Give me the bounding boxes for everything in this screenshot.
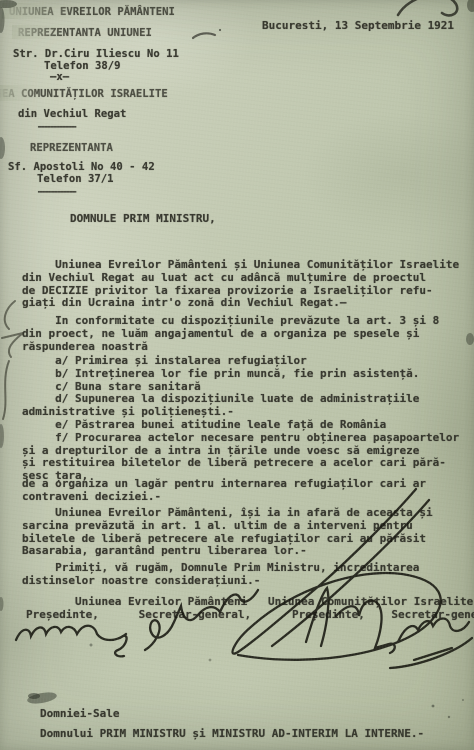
list-item-b: b/ Intreținerea lor fie prin muncă, fie … — [22, 368, 459, 381]
letterhead-separator: —x— — [50, 71, 69, 84]
left-margin-pencil-marks-icon — [2, 301, 23, 419]
addressee-line-2: Domnului PRIM MINISTRU și MINISTRU AD-IN… — [40, 728, 424, 741]
paragraph-2: In conformitate cu dispozițiunile prevăz… — [22, 315, 439, 353]
letterhead-rule-2: —————— — [38, 186, 76, 199]
list-item-a: a/ Primirea și instalarea refugiaților — [22, 355, 459, 368]
signature-org-left: Uniunea Evreilor Pământeni — [75, 596, 247, 609]
paragraph-5: Primiți, vă rugăm, Domnule Prim Ministru… — [22, 562, 419, 588]
signature-roles-right: Președinte, Secretar-general — [292, 609, 474, 622]
salutation: DOMNULE PRIM MINISTRU, — [70, 213, 216, 226]
letterhead-org2-phone: Telefon 37/1 — [37, 173, 114, 186]
paragraph-1: Uniunea Evreilor Pământeni și Uniunea Co… — [22, 259, 459, 310]
letterhead-org1-name: UNIUNEA EVREILOR PĂMÂNTENI — [9, 6, 175, 19]
list-item-f: f/ Procurarea actelor necesare pentru ob… — [22, 432, 459, 483]
letterhead-rule-1: —————— — [38, 121, 76, 134]
letterhead-org2-region: din Vechiul Regat — [18, 108, 126, 121]
signature-roles-left: Președinte, Secretar-general, — [26, 609, 251, 622]
addressee-line-1: Domniei-Sale — [40, 708, 119, 721]
list-item-d: d/ Supunerea la dispozițiunile luate de … — [22, 393, 459, 419]
pencil-tick-near-date-icon — [193, 29, 221, 38]
letterhead-org2-dept: REPREZENTANTA — [30, 142, 113, 155]
letterhead-org2-street: Sf. Apostoli No 40 - 42 — [8, 161, 155, 174]
letterhead-org2-name: UNIUNEA COMUNITĂȚILOR ISRAELITE — [0, 88, 168, 101]
handwriting-fragment-top-right-icon — [398, 0, 457, 15]
place-date-line: Bucuresti, 13 Septembrie 1921 — [262, 20, 454, 33]
paragraph-4: Uniunea Evreilor Pământeni, își ia in af… — [22, 507, 433, 558]
signature-org-right: Uniunea Comunităților Israelite — [268, 596, 473, 609]
letterhead-org1-street: Str. Dr.Ciru Iliescu No 11 — [13, 48, 179, 61]
commitment-list: a/ Primirea și instalarea refugiaților b… — [22, 355, 459, 483]
list-item-e: e/ Păstrarea bunei atitudine leale față … — [22, 419, 459, 432]
letterhead-org1-dept: REPREZENTANTA UNIUNEI — [18, 27, 152, 40]
paragraph-3: de a organiza un lagăr pentru internarea… — [22, 478, 426, 504]
letter-document-photo: UNIUNEA EVREILOR PĂMÂNTENI REPREZENTANTA… — [0, 0, 474, 750]
